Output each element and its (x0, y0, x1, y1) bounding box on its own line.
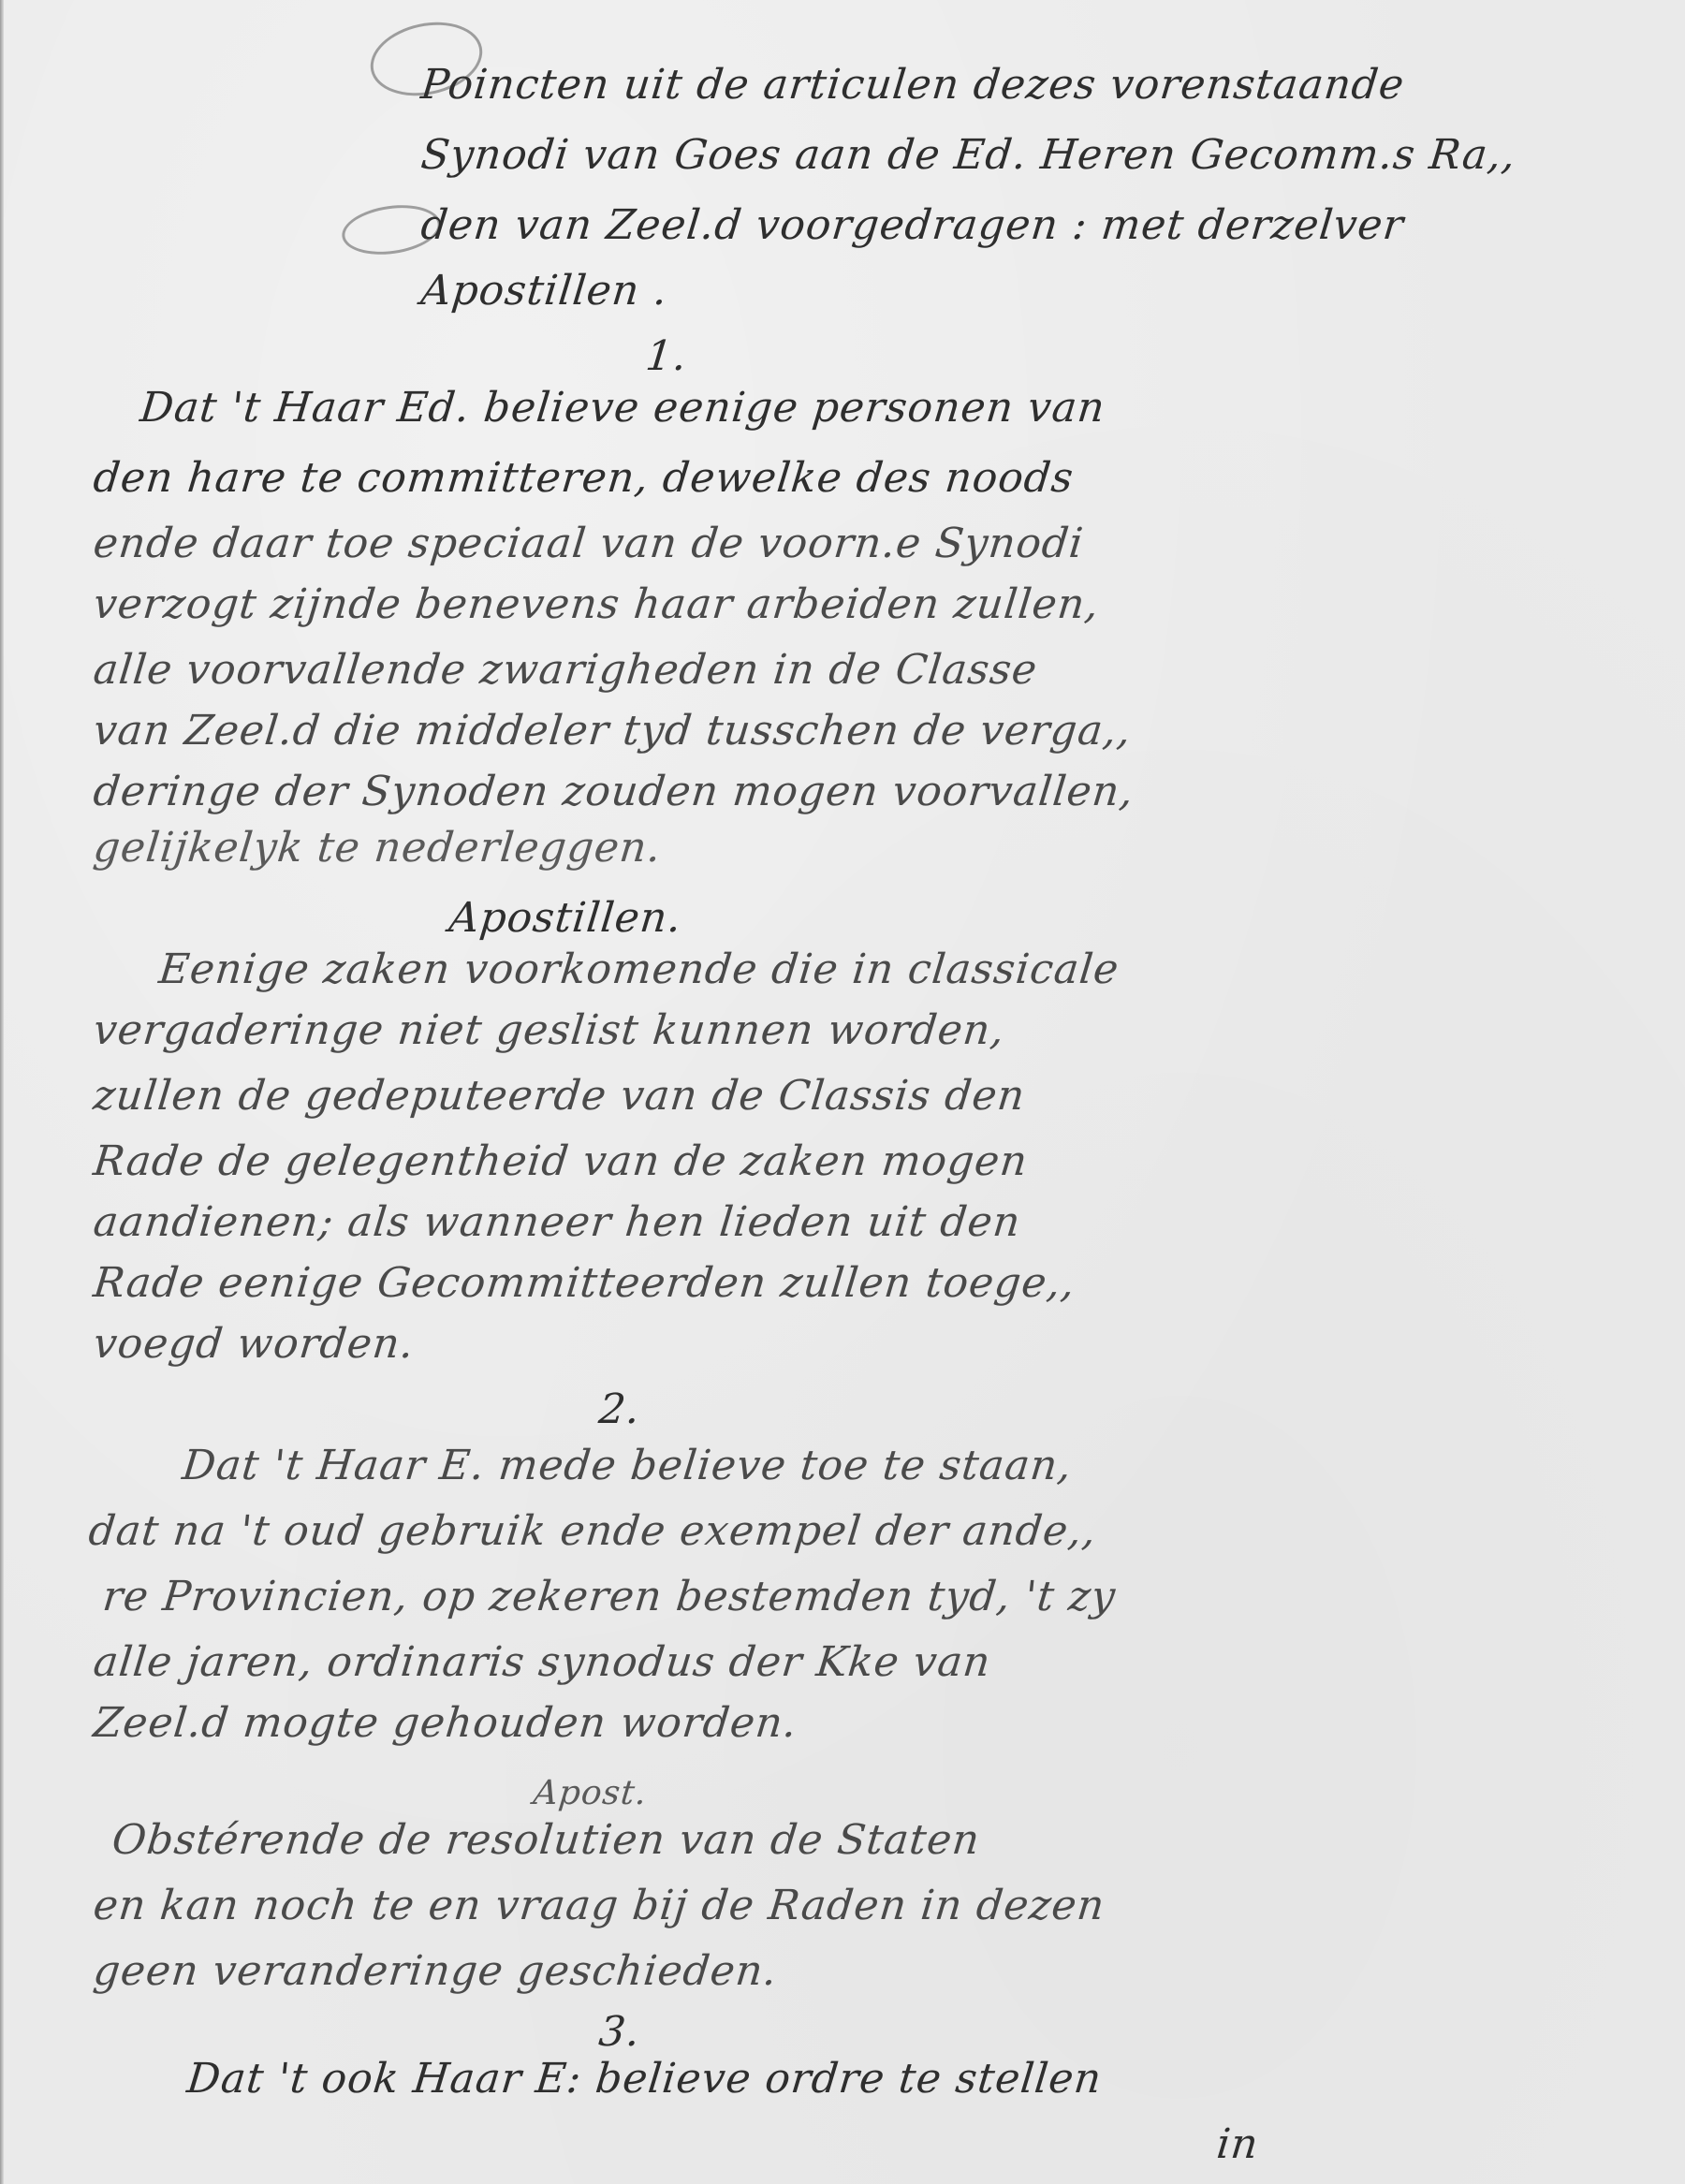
section-2-line-5: Zeel.d mogte gehouden worden. (91, 1699, 799, 1747)
catchword: in (1214, 2120, 1261, 2168)
section-1-line-1: Dat 't Haar Ed. believe eenige personen … (138, 384, 1107, 432)
manuscript-page: Poincten uit de articulen dezes vorensta… (0, 0, 1685, 2184)
section-2-apostil-heading: Apost. (532, 1774, 649, 1812)
section-2-line-3: re Provincien, op zekeren bestemden tyd,… (100, 1573, 1118, 1620)
section-2-line-4: alle jaren, ordinaris synodus der Kke va… (91, 1638, 993, 1686)
heading-line-3: den van Zeel.d voorgedragen : met derzel… (418, 201, 1406, 249)
section-2-apostil-line-2: en kan noch te en vraag bij de Raden in … (91, 1882, 1106, 1929)
section-1-line-4: verzogt zijnde benevens haar arbeiden zu… (91, 580, 1102, 628)
section-2-apostil-line-1: Obstérende de resolutien van de Staten (110, 1816, 982, 1864)
section-3-number: 3. (596, 2008, 642, 2056)
section-1-line-8: gelijkelyk te nederleggen. (91, 824, 664, 872)
section-1-number: 1. (643, 332, 689, 380)
heading-line-1: Poincten uit de articulen dezes vorensta… (418, 61, 1407, 109)
section-2-line-2: dat na 't oud gebruik ende exempel der a… (86, 1507, 1099, 1555)
section-1-apostil-line-5: aandienen; als wanneer hen lieden uit de… (91, 1198, 1023, 1246)
section-1-line-6: van Zeel.d die middeler tyd tusschen de … (91, 707, 1134, 755)
section-1-apostil-line-4: Rade de gelegentheid van de zaken mogen (91, 1137, 1030, 1185)
heading-line-4: Apostillen . (418, 267, 670, 315)
section-1-apostil-line-6: Rade eenige Gecommitteerden zullen toege… (91, 1259, 1077, 1307)
section-3-line-1: Dat 't ook Haar E: believe ordre te stel… (184, 2055, 1104, 2103)
section-1-line-2: den hare te committeren, dewelke des noo… (91, 454, 1076, 502)
section-1-line-3: ende daar toe speciaal van de voorn.e Sy… (91, 520, 1086, 567)
heading-line-2: Synodi van Goes aan de Ed. Heren Gecomm.… (418, 131, 1518, 179)
section-1-line-7: deringe der Synoden zouden mogen voorval… (91, 768, 1136, 815)
section-1-apostil-line-2: vergaderinge niet geslist kunnen worden, (91, 1006, 1007, 1054)
section-1-apostil-heading: Apostillen. (447, 894, 684, 942)
page-edge (0, 0, 4, 2184)
section-1-apostil-line-1: Eenige zaken voorkomende die in classica… (156, 945, 1121, 993)
section-2-number: 2. (596, 1385, 642, 1433)
section-2-line-1: Dat 't Haar E. mede believe toe te staan… (180, 1442, 1074, 1489)
section-1-apostil-line-3: zullen de gedeputeerde van de Classis de… (91, 1072, 1027, 1120)
section-2-apostil-line-3: geen veranderinge geschieden. (91, 1947, 780, 1995)
section-1-apostil-line-7: voegd worden. (91, 1320, 417, 1368)
section-1-line-5: alle voorvallende zwarigheden in de Clas… (91, 646, 1039, 694)
